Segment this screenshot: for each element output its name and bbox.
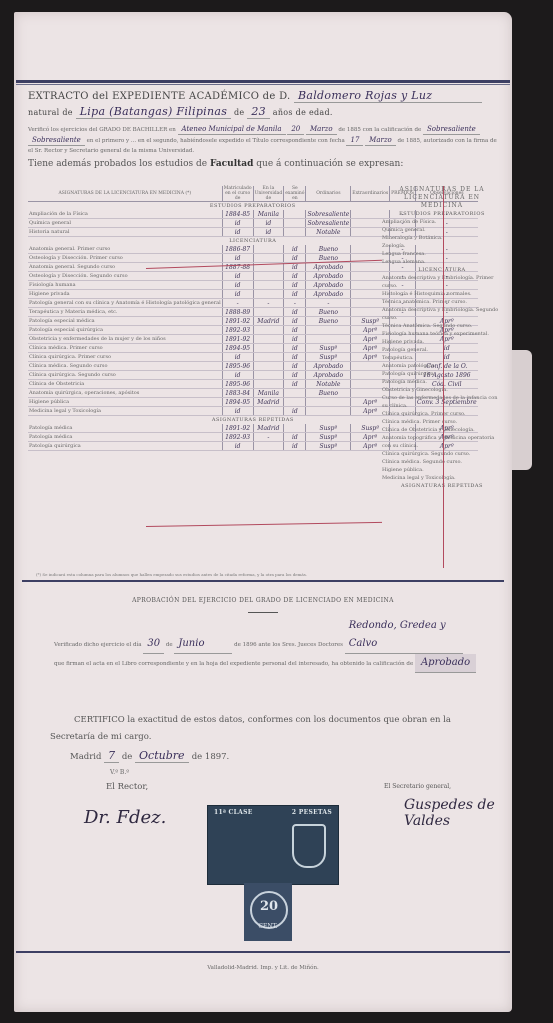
univ-cell: Madrid <box>253 424 284 433</box>
reform-subject: Clínica de Obstetricia y Ginecología. <box>382 426 502 434</box>
exam-cell: id <box>284 344 306 353</box>
exam-cell: id <box>284 254 306 263</box>
univ-cell: Manila <box>253 210 284 219</box>
course-cell: 1895-96 <box>222 362 253 371</box>
course-cell: 1886-87 <box>222 245 253 254</box>
reform-subject: Anatomía descriptiva y Embriología. Segu… <box>382 306 502 322</box>
subject-cell: Higiene privada <box>28 290 222 299</box>
reform-subject: Histología é Histoquimia normales. <box>382 290 502 298</box>
univ-cell <box>253 254 284 263</box>
universidad-header: En la Universidad de <box>253 186 284 202</box>
univ-cell <box>253 407 284 416</box>
student-name: Baldomero Rojas y Luz <box>294 89 482 103</box>
bottom-rule <box>16 951 510 953</box>
bachiller-paragraph: Verificó los ejercicios del GRADO DE BAC… <box>28 124 498 156</box>
exam-cell: id <box>284 433 306 442</box>
top-rule-thin <box>16 84 510 85</box>
univ-cell <box>253 362 284 371</box>
ord-cell: Bueno <box>306 317 351 326</box>
univ-cell <box>253 442 284 451</box>
ord-cell: Aprobado <box>306 362 351 371</box>
exam-cell: id <box>284 407 306 416</box>
reform-subject: Técnica anatómica. Primer curso. <box>382 298 502 306</box>
exam-cell <box>284 398 306 407</box>
reform-licenciatura: Anatomía descriptiva y Embriología. Prim… <box>382 274 502 482</box>
ord-cell: Aprobado <box>306 290 351 299</box>
univ-cell <box>253 353 284 362</box>
exam-cell <box>284 228 306 237</box>
reform-preparatorios: Ampliación de Física.Química general.Min… <box>382 218 502 266</box>
exam-cell: id <box>284 308 306 317</box>
exam-cell: id <box>284 380 306 389</box>
course-cell: 1892-93 <box>222 326 253 335</box>
ord-cell: - <box>306 299 351 308</box>
subject-cell: Ampliación de la Física <box>28 210 222 219</box>
subject-cell: Obstetricia y enfermedades de la mujer y… <box>28 335 222 344</box>
secretary-signature: Guspedes de Valdes <box>404 797 512 829</box>
ord-cell: Suspº <box>306 424 351 433</box>
exam-cell: id <box>284 353 306 362</box>
reform-subject: Higiene pública. <box>382 466 502 474</box>
univ-cell: id <box>253 219 284 228</box>
ord-cell: Bueno <box>306 308 351 317</box>
reform-subject: Mineralogía y Botánica. <box>382 234 502 242</box>
course-cell: 1894-95 <box>222 398 253 407</box>
rector-signature: Dr. Fdez. <box>84 807 166 828</box>
ord-cell: Aprobado <box>306 371 351 380</box>
reform-subject: Obstetricia y Ginecología. <box>382 386 502 394</box>
univ-cell <box>253 272 284 281</box>
reform-subject: Lengua alemana. <box>382 258 502 266</box>
univ-cell <box>253 326 284 335</box>
ord-cell: Notable <box>306 380 351 389</box>
approval-title: APROBACIÓN DEL EJERCICIO DEL GRADO DE LI… <box>28 597 498 613</box>
course-cell: id <box>222 219 253 228</box>
course-cell: 1883-84 <box>222 389 253 398</box>
birthplace: Lipa (Batangas) Filipinas <box>76 105 231 119</box>
reform-subject: Anatomía topográfica y Medicina operator… <box>382 434 502 450</box>
subject-cell: Química general <box>28 219 222 228</box>
univ-cell <box>253 281 284 290</box>
subject-cell: Patología general con su clínica y Anato… <box>28 299 222 308</box>
reform-column: ASIGNATURAS DE LA LICENCIATURA EN MEDICI… <box>382 186 502 490</box>
univ-cell <box>253 308 284 317</box>
title-line: EXTRACTO del EXPEDIENTE ACADÉMICO de D. … <box>28 89 498 103</box>
subject-cell: Clínica médica. Segundo curso <box>28 362 222 371</box>
course-cell: 1894-95 <box>222 344 253 353</box>
subject-cell: Medicina legal y Toxicología <box>28 407 222 416</box>
course-cell: id <box>222 228 253 237</box>
reform-subject: Técnica Anatómica. Segundo curso. <box>382 322 502 330</box>
secretary-label: El Secretario general, <box>384 783 451 790</box>
course-cell: id <box>222 442 253 451</box>
ord-cell: Suspº <box>306 344 351 353</box>
birthplace-line: natural de Lipa (Batangas) Filipinas de … <box>28 105 498 119</box>
fiscal-stamp: 11ª CLASE 2 PESETAS <box>207 805 339 885</box>
course-cell: - <box>222 299 253 308</box>
footnote: (*) Se indicará esta columna para los al… <box>36 572 307 577</box>
course-cell: id <box>222 272 253 281</box>
univ-cell <box>253 371 284 380</box>
univ-cell: Madrid <box>253 317 284 326</box>
exam-cell: id <box>284 272 306 281</box>
reform-subject: Terapéutica. <box>382 354 502 362</box>
exam-cell: id <box>284 371 306 380</box>
subject-cell: Higiene pública <box>28 398 222 407</box>
course-cell: 1888-89 <box>222 308 253 317</box>
univ-cell <box>253 290 284 299</box>
ord-cell <box>306 398 351 407</box>
course-cell: 1891-92 <box>222 335 253 344</box>
univ-cell: Madrid <box>253 398 284 407</box>
subject-cell: Anatomía quirúrgica, operaciones, apósit… <box>28 389 222 398</box>
exam-cell: id <box>284 281 306 290</box>
reform-subject: Higiene privada. <box>382 338 502 346</box>
coat-of-arms-icon <box>292 824 326 868</box>
approval-paragraph: Verificado dicho ejercicio el día 30 de … <box>54 617 498 673</box>
course-cell: id <box>222 281 253 290</box>
reform-subject: Medicina legal y Toxicología. <box>382 474 502 482</box>
ord-cell <box>306 335 351 344</box>
exam-cell: id <box>284 290 306 299</box>
ord-cell: Bueno <box>306 245 351 254</box>
univ-cell: Manila <box>253 389 284 398</box>
univ-cell: - <box>253 433 284 442</box>
exam-cell: id <box>284 362 306 371</box>
ord-cell: Sobresaliente <box>306 210 351 219</box>
matriculado-header: Matriculado en el curso de <box>222 186 253 202</box>
course-cell: id <box>222 290 253 299</box>
reform-subject: Patología quirúrgica. <box>382 370 502 378</box>
course-cell: id <box>222 371 253 380</box>
exam-cell: id <box>284 326 306 335</box>
reform-subject: Clínica quirúrgica. Primer curso. <box>382 410 502 418</box>
subject-cell: Clínica médica. Primer curso <box>28 344 222 353</box>
exam-cell <box>284 424 306 433</box>
exam-cell: id <box>284 442 306 451</box>
reform-subject: Patología médica. <box>382 378 502 386</box>
course-cell: 1891-92 <box>222 424 253 433</box>
exam-cell: id <box>284 245 306 254</box>
subject-cell: Clínica de Obstetricia <box>28 380 222 389</box>
univ-cell: - <box>253 299 284 308</box>
subject-cell: Clínica quirúrgica. Primer curso <box>28 353 222 362</box>
postal-stamp: 20 CENT. <box>244 883 292 941</box>
paper-fold <box>512 350 532 470</box>
approval-result: Aprobado <box>415 654 476 673</box>
reform-subject: Anatomía descriptiva y Embriología. Prim… <box>382 274 502 290</box>
faculty-line: Tiene además probados los estudios de Fa… <box>28 159 498 169</box>
reform-subject: Clínica médica. Segundo curso. <box>382 458 502 466</box>
printer-imprint: Valladolid-Madrid. Imp. y Lit. de Miñón. <box>14 965 512 971</box>
reform-subject: Anatomía patológica. <box>382 362 502 370</box>
subject-cell: Patología especial quirúrgica <box>28 326 222 335</box>
exam-cell: id <box>284 317 306 326</box>
subject-cell: Historia natural <box>28 228 222 237</box>
reform-subject: Clínica quirúrgica. Segundo curso. <box>382 450 502 458</box>
ord-cell <box>306 326 351 335</box>
subjects-header: ASIGNATURAS DE LA LICENCIATURA EN MEDICI… <box>28 186 222 202</box>
subject-cell: Clínica quirúrgica. Segundo curso <box>28 371 222 380</box>
reform-subject: Patología general. <box>382 346 502 354</box>
certification: CERTIFICO la exactitud de estos datos, c… <box>50 712 492 746</box>
subject-cell: Anatomía general. Primer curso <box>28 245 222 254</box>
ord-cell: Suspº <box>306 433 351 442</box>
reform-subject: Clínica médica. Primer curso. <box>382 418 502 426</box>
top-rule <box>16 80 510 83</box>
univ-cell <box>253 245 284 254</box>
exam-cell <box>284 210 306 219</box>
exam-cell: id <box>284 335 306 344</box>
course-cell: 1891-92 <box>222 317 253 326</box>
reform-subject: Curso de las enfermedades de la infancia… <box>382 394 502 410</box>
ord-cell: Sobresaliente <box>306 219 351 228</box>
course-cell: 1895-96 <box>222 380 253 389</box>
red-line-2 <box>146 522 382 527</box>
subject-cell: Terapéutica y Materia médica, etc. <box>28 308 222 317</box>
course-cell: id <box>222 407 253 416</box>
univ-cell <box>253 344 284 353</box>
certification-date: Madrid 7 de Octubre de 1897. <box>70 749 229 763</box>
ord-cell: Bueno <box>306 389 351 398</box>
reform-subject: Fisiología humana teórica y experimental… <box>382 330 502 338</box>
course-cell: id <box>222 254 253 263</box>
ord-cell: Notable <box>306 228 351 237</box>
examino-header: Se examinó en <box>284 186 306 202</box>
rector-label: El Rector, <box>106 782 148 792</box>
course-cell: id <box>222 353 253 362</box>
ord-cell: Aprobado <box>306 281 351 290</box>
subject-cell: Patología médica <box>28 433 222 442</box>
course-cell: 1884-85 <box>222 210 253 219</box>
ord-cell: Suspº <box>306 353 351 362</box>
reform-subject: Lengua francesa. <box>382 250 502 258</box>
univ-cell <box>253 335 284 344</box>
exam-cell <box>284 389 306 398</box>
exam-cell: - <box>284 299 306 308</box>
visto-bueno: V.º B.º <box>110 769 129 776</box>
ordinarios-header: Ordinarios <box>306 186 351 202</box>
record-header: EXTRACTO del EXPEDIENTE ACADÉMICO de D. … <box>28 89 498 169</box>
subject-cell: Patología quirúrgica <box>28 442 222 451</box>
subject-cell: Osteología y Disección. Segundo curso <box>28 272 222 281</box>
age: 23 <box>247 105 270 119</box>
ord-cell <box>306 407 351 416</box>
subject-cell: Osteología y Disección. Primer curso <box>28 254 222 263</box>
course-cell: 1892-93 <box>222 433 253 442</box>
univ-cell <box>253 380 284 389</box>
reform-subject: Química general. <box>382 226 502 234</box>
reform-subject: Ampliación de Física. <box>382 218 502 226</box>
subject-cell: Fisiología humana <box>28 281 222 290</box>
subject-cell: Patología especial médica <box>28 317 222 326</box>
red-vertical-line <box>443 186 444 568</box>
ord-cell: Suspº <box>306 442 351 451</box>
jury-names: Redondo, Gredea y Calvo <box>345 617 463 654</box>
reform-header: ASIGNATURAS DE LA LICENCIATURA EN MEDICI… <box>382 186 502 210</box>
reform-subject: Zoología. <box>382 242 502 250</box>
univ-cell: id <box>253 228 284 237</box>
ord-cell: Aprobado <box>306 272 351 281</box>
subject-cell: Patología médica <box>28 424 222 433</box>
ord-cell: Aprobado <box>306 263 351 272</box>
exam-cell <box>284 219 306 228</box>
mid-rule <box>22 580 504 582</box>
